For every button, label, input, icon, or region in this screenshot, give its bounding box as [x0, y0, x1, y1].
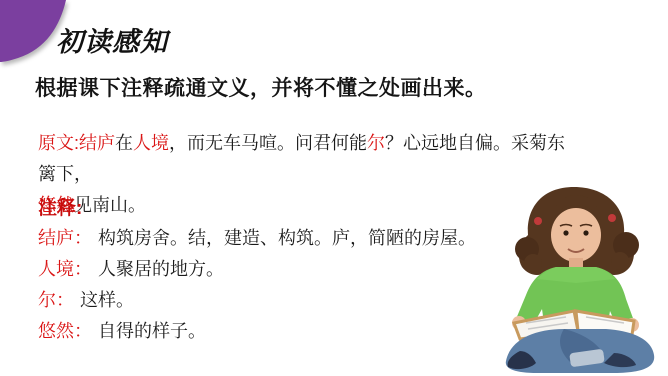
note-term: 人境：	[38, 259, 92, 279]
poem-text: 见南山。	[74, 195, 146, 215]
note-line: 尔：这样。	[38, 286, 134, 312]
highlight-term: 人境	[133, 133, 169, 153]
highlight-term: 结庐	[79, 133, 115, 153]
instruction-text: 根据课下注释疏通文义，并将不懂之处画出来。	[35, 72, 487, 102]
note-definition: 自得的样子。	[98, 321, 206, 341]
slide: 初读感知 根据课下注释疏通文义，并将不懂之处画出来。 原文:结庐在人境，而无车马…	[0, 0, 668, 376]
note-definition: 这样。	[80, 290, 134, 310]
note-line: 结庐：构筑房舍。结，建造、构筑。庐，简陋的房屋。	[38, 224, 476, 250]
notes-heading: 注释:	[38, 193, 82, 220]
note-line: 人境：人聚居的地方。	[38, 255, 224, 281]
original-label: 原文:	[38, 133, 79, 153]
note-line: 悠然：自得的样子。	[38, 317, 206, 343]
poem-text: ，而无车马喧。问君何能	[169, 133, 367, 153]
slide-title: 初读感知	[56, 20, 168, 59]
note-term: 结庐：	[38, 228, 92, 248]
highlight-term: 尔	[367, 133, 385, 153]
girl-reading-photo	[486, 183, 664, 374]
note-term: 尔：	[38, 290, 74, 310]
poem-text: 在	[115, 133, 133, 153]
note-term: 悠然：	[38, 321, 92, 341]
note-definition: 构筑房舍。结，建造、构筑。庐，简陋的房屋。	[98, 228, 476, 248]
note-definition: 人聚居的地方。	[98, 259, 224, 279]
